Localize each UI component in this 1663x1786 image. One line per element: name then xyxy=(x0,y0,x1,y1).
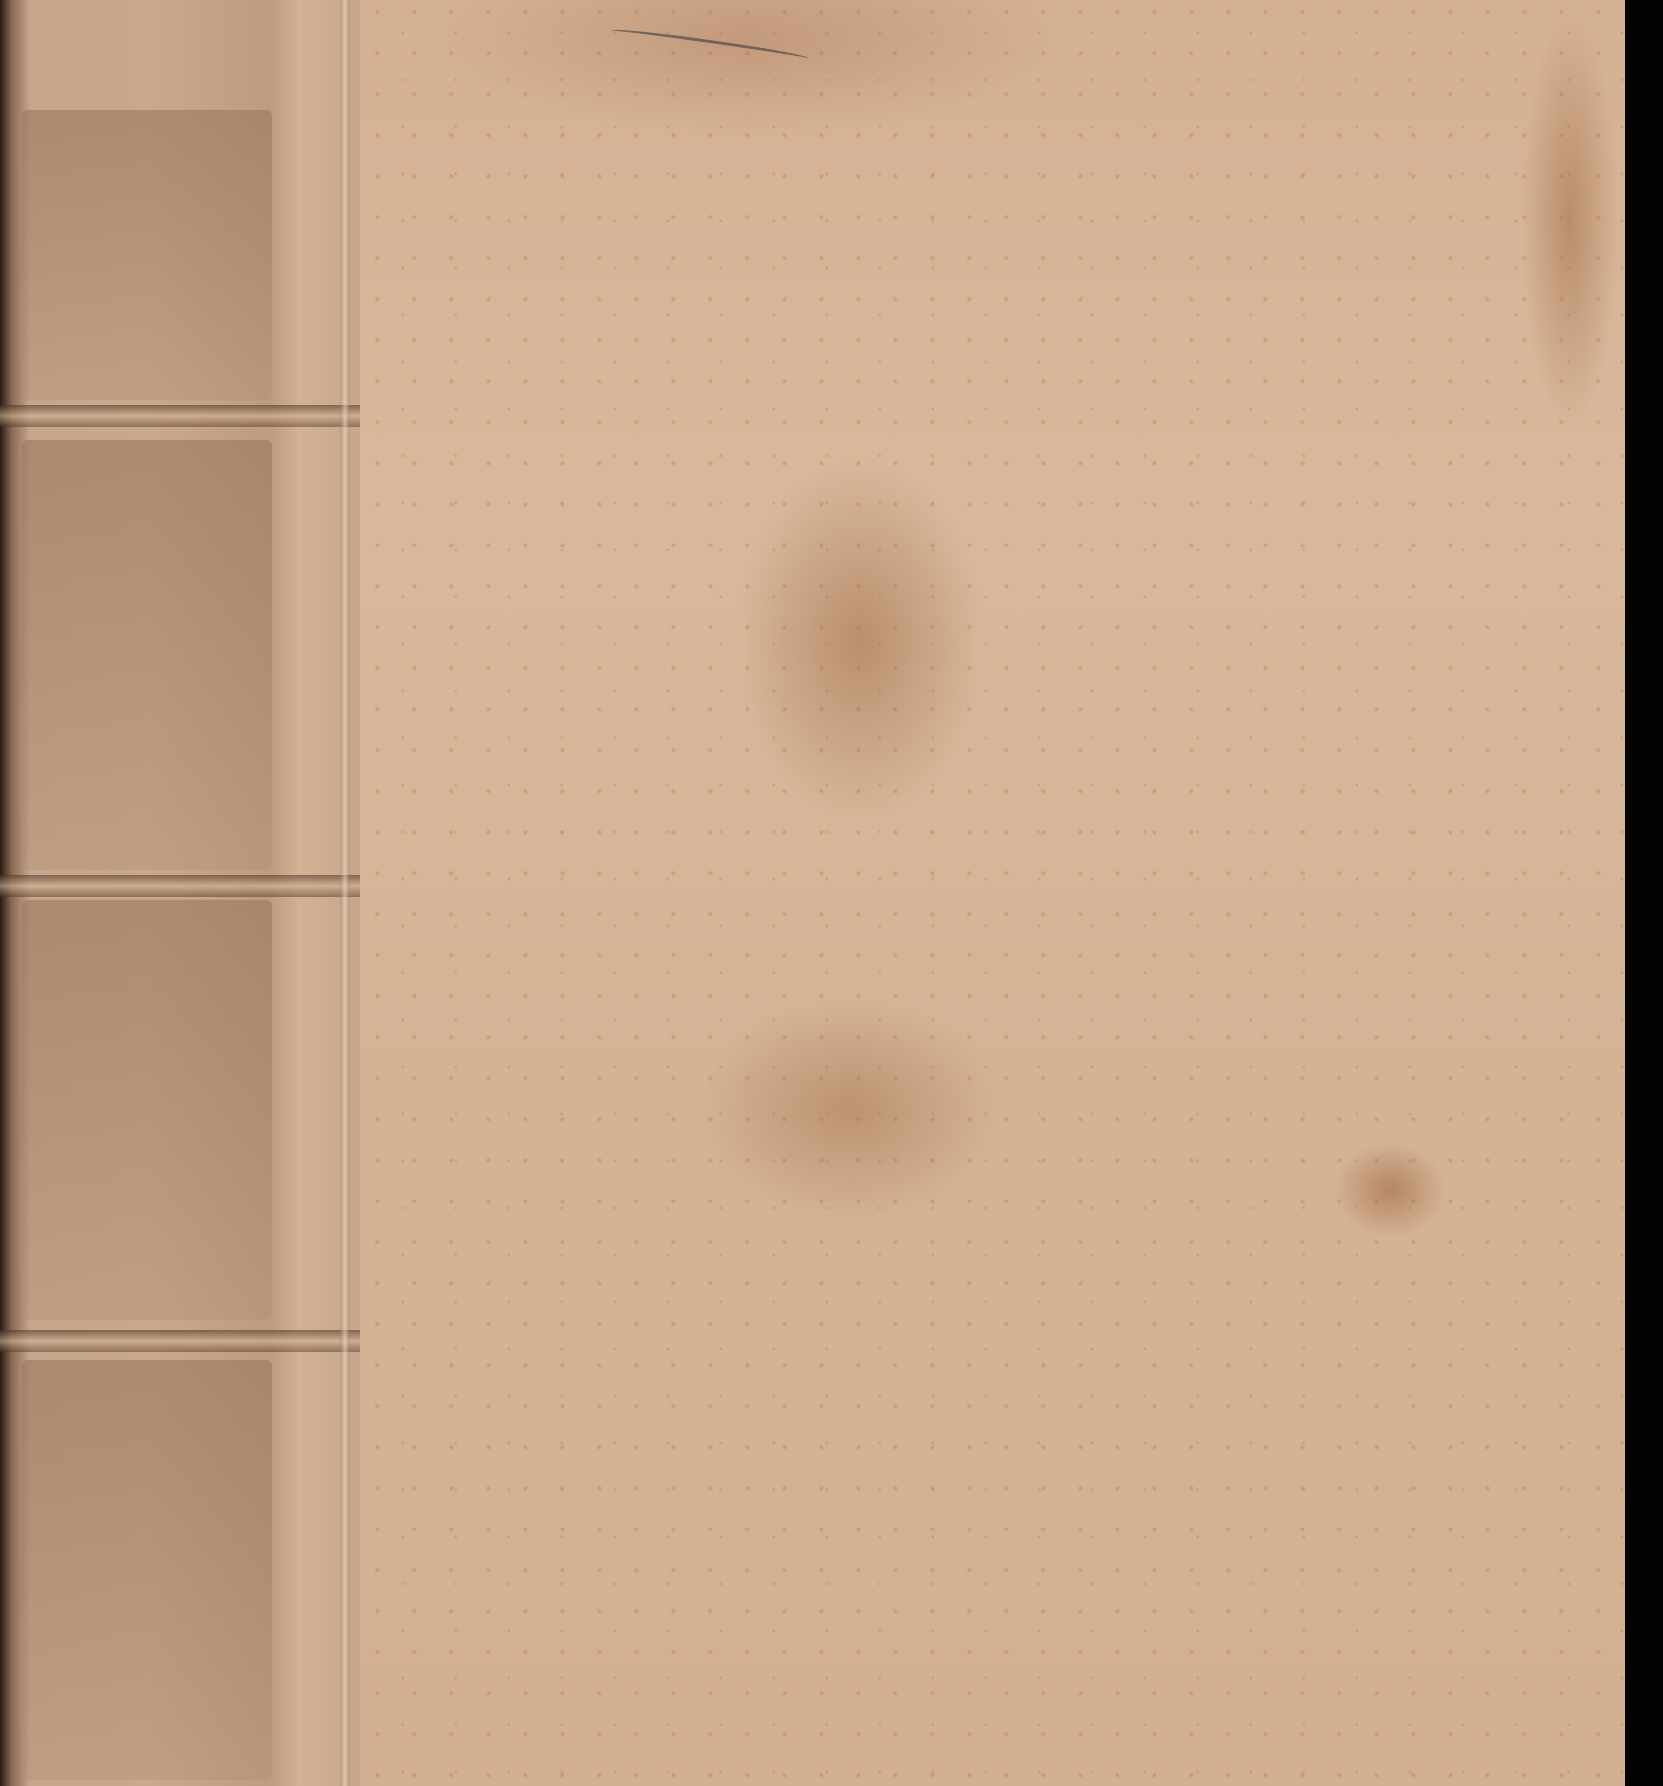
book-spine xyxy=(0,0,360,1786)
photo-scene xyxy=(0,0,1663,1786)
spine-panel-1 xyxy=(22,110,272,400)
raised-band-1 xyxy=(0,405,360,427)
cover-hinge xyxy=(340,0,350,1786)
spine-panel-3 xyxy=(22,900,272,1320)
spine-panel-4 xyxy=(22,1360,272,1780)
raised-band-3 xyxy=(0,1330,360,1352)
raised-band-2 xyxy=(0,875,360,897)
spine-panel-2 xyxy=(22,440,272,870)
